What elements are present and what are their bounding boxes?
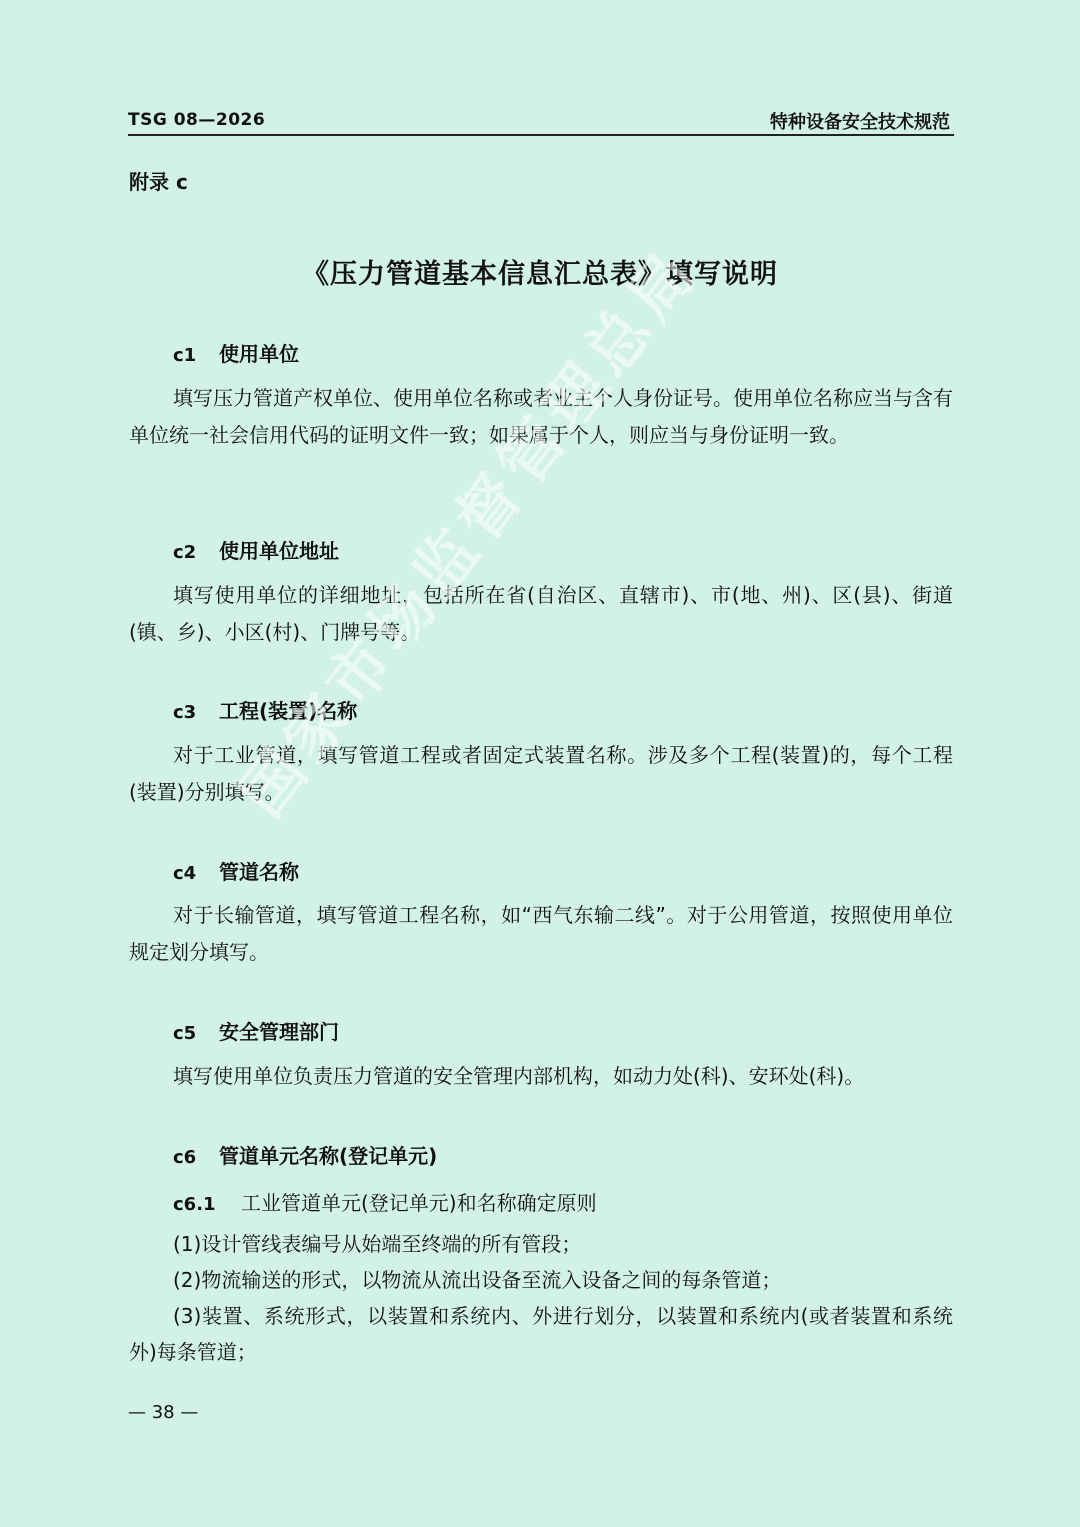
page-header: TSG 08—2026 特种设备安全技术规范: [128, 108, 954, 136]
standard-code: TSG 08—2026: [128, 110, 265, 130]
series-title: 特种设备安全技术规范: [770, 108, 950, 134]
subsection-heading-c6-1: c6.1工业管道单元(登记单元)和名称确定原则: [173, 1187, 597, 1216]
section-heading-c2: c2使用单位地址: [173, 535, 339, 564]
section-body-c5: 填写使用单位负责压力管道的安全管理内部机构，如动力处(科)、安环处(科)。: [129, 1058, 953, 1095]
section-heading-c4: c4管道名称: [173, 856, 299, 885]
section-heading-c6: c6管道单元名称(登记单元): [173, 1140, 437, 1169]
section-heading-c3: c3工程(装置)名称: [173, 695, 357, 724]
list-item: (1)设计管线表编号从始端至终端的所有管段；: [129, 1226, 953, 1262]
section-heading-c5: c5安全管理部门: [173, 1016, 339, 1045]
section-body-c3: 对于工业管道，填写管道工程或者固定式装置名称。涉及多个工程(装置)的，每个工程(…: [129, 737, 953, 810]
appendix-label: 附录 c: [129, 166, 188, 195]
section-body-c4: 对于长输管道，填写管道工程名称，如“西气东输二线”。对于公用管道，按照使用单位规…: [129, 897, 953, 970]
section-body-c2: 填写使用单位的详细地址，包括所在省(自治区、直辖市)、市(地、州)、区(县)、街…: [129, 577, 953, 650]
list-item: (2)物流输送的形式，以物流从流出设备至流入设备之间的每条管道；: [129, 1262, 953, 1298]
page-number: — 38 —: [128, 1402, 198, 1423]
section-heading-c1: c1使用单位: [173, 338, 299, 367]
page-title: 《压力管道基本信息汇总表》填写说明: [0, 252, 1080, 291]
section-body-c1: 填写压力管道产权单位、使用单位名称或者业主个人身份证号。使用单位名称应当与含有单…: [129, 380, 953, 453]
list-item: (3)装置、系统形式，以装置和系统内、外进行划分，以装置和系统内(或者装置和系统…: [129, 1298, 953, 1370]
